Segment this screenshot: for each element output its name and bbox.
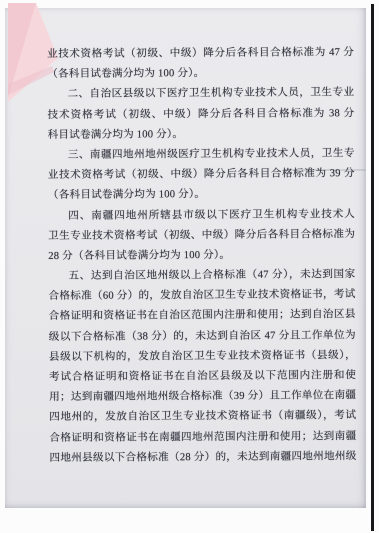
text-line-section-2: 二、自治区县级以下医疗卫生机构专业技术人员，卫生专业 xyxy=(47,83,354,105)
text-line: （各科目试卷满分均为 100 分）。 xyxy=(47,63,354,85)
text-line: 28 分（各科目试卷满分均为 100 分）。 xyxy=(48,245,355,267)
text-line: 卫生专业技术资格考试（初级、中级）降分后各科目合格标准为 xyxy=(48,225,355,247)
text-line-section-4: 四、南疆四地州所辖县市级以下医疗卫生机构专业技术人员， xyxy=(48,205,355,227)
text-line: 业技术资格考试（初级、中级）降分后各科目合格标准为 47 分 xyxy=(47,43,354,65)
text-line: 县级以下机构的，发放自治区卫生专业技术资格证书（县级）， xyxy=(49,346,356,368)
text-line: 科目试卷满分均为 100 分）。 xyxy=(47,124,354,146)
text-line-section-3: 三、南疆四地州地州级医疗卫生机构专业技术人员，卫生专 xyxy=(48,144,355,166)
text-line: 合格证明和资格证书在自治区范围内注册和使用；达到自治区县 xyxy=(49,306,356,328)
text-line: 合格标准（60 分）的，发放自治区卫生专业技术资格证书，考试 xyxy=(48,285,355,307)
text-line: 四地州县级以下合格标准（28 分）的，未达到南疆四地州地州级 xyxy=(49,447,356,469)
text-line-section-5: 五、达到自治区地州级以上合格标准（47 分），未达到国家 xyxy=(48,265,355,287)
text-line: 级以下合格标准（38 分）的，未达到自治区 47 分且工作单位为 xyxy=(49,326,356,348)
text-line: 四地州的，发放自治区卫生专业技术资格证书（南疆级），考试 xyxy=(49,406,356,428)
text-line: 业技术资格考试（初级、中级）降分后各科目合格标准为 39 分 xyxy=(48,164,355,186)
text-line: 用；达到南疆四地州地州级合格标准（39 分）且工作单位在南疆 xyxy=(49,386,356,408)
text-line: 技术资格考试（初级、中级）降分后各科目合格标准为 38 分（各 xyxy=(47,104,354,126)
text-line: 考试合格证明和资格证书在自治区县级及以下范围内注册和使 xyxy=(49,366,356,388)
scanner-edge-line xyxy=(371,4,374,531)
document-text: 业技术资格考试（初级、中级）降分后各科目合格标准为 47 分 （各科目试卷满分均… xyxy=(47,43,357,469)
text-line: 合格证明和资格证书在南疆四地州范围内注册和使用；达到南疆 xyxy=(49,427,356,449)
scan-canvas: 业技术资格考试（初级、中级）降分后各科目合格标准为 47 分 （各科目试卷满分均… xyxy=(0,0,379,533)
text-line: （各科目试卷满分均为 100 分）。 xyxy=(48,184,355,206)
